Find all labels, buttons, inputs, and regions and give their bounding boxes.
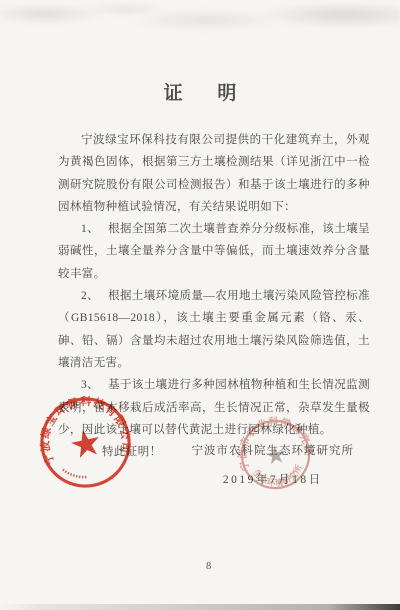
item-number: 2、 bbox=[81, 290, 108, 302]
list-item: 2、根据土壤环境质量—农用地土壤污染风险管控标准（GB15618—2018），该… bbox=[58, 285, 370, 374]
scan-artifact-top bbox=[0, 0, 400, 44]
intro-paragraph: 宁波绿宝环保科技有限公司提供的干化建筑弃土，外观为黄褐色固体，根据第三方土壤检测… bbox=[58, 129, 370, 218]
item-number: 1、 bbox=[81, 223, 108, 235]
document-page: 证 明 宁波绿宝环保科技有限公司提供的干化建筑弃土，外观为黄褐色固体，根据第三方… bbox=[0, 0, 400, 610]
document-body: 宁波绿宝环保科技有限公司提供的干化建筑弃土，外观为黄褐色固体，根据第三方土壤检测… bbox=[58, 129, 370, 463]
seal-serial-marks bbox=[63, 465, 88, 482]
page-number: 8 bbox=[206, 561, 211, 572]
page-title: 证 明 bbox=[0, 78, 400, 105]
signature-date: 2019年7月18日 bbox=[192, 473, 355, 487]
item-number: 3、 bbox=[81, 379, 108, 391]
list-item: 3、基于该土壤进行多种园林植物种植和生长情况监测表明，苗木移栽后成活率高，生长情… bbox=[58, 374, 370, 441]
list-item: 1、根据全国第二次土壤普查养分分级标准，该土壤呈弱碱性，土壤全量养分含量中等偏低… bbox=[58, 218, 370, 285]
scan-edge-bottom bbox=[0, 604, 400, 610]
signature-block: 宁波市农科院生态环境研究所 2019年7月18日 bbox=[192, 444, 355, 487]
signature-org: 宁波市农科院生态环境研究所 bbox=[192, 444, 355, 458]
